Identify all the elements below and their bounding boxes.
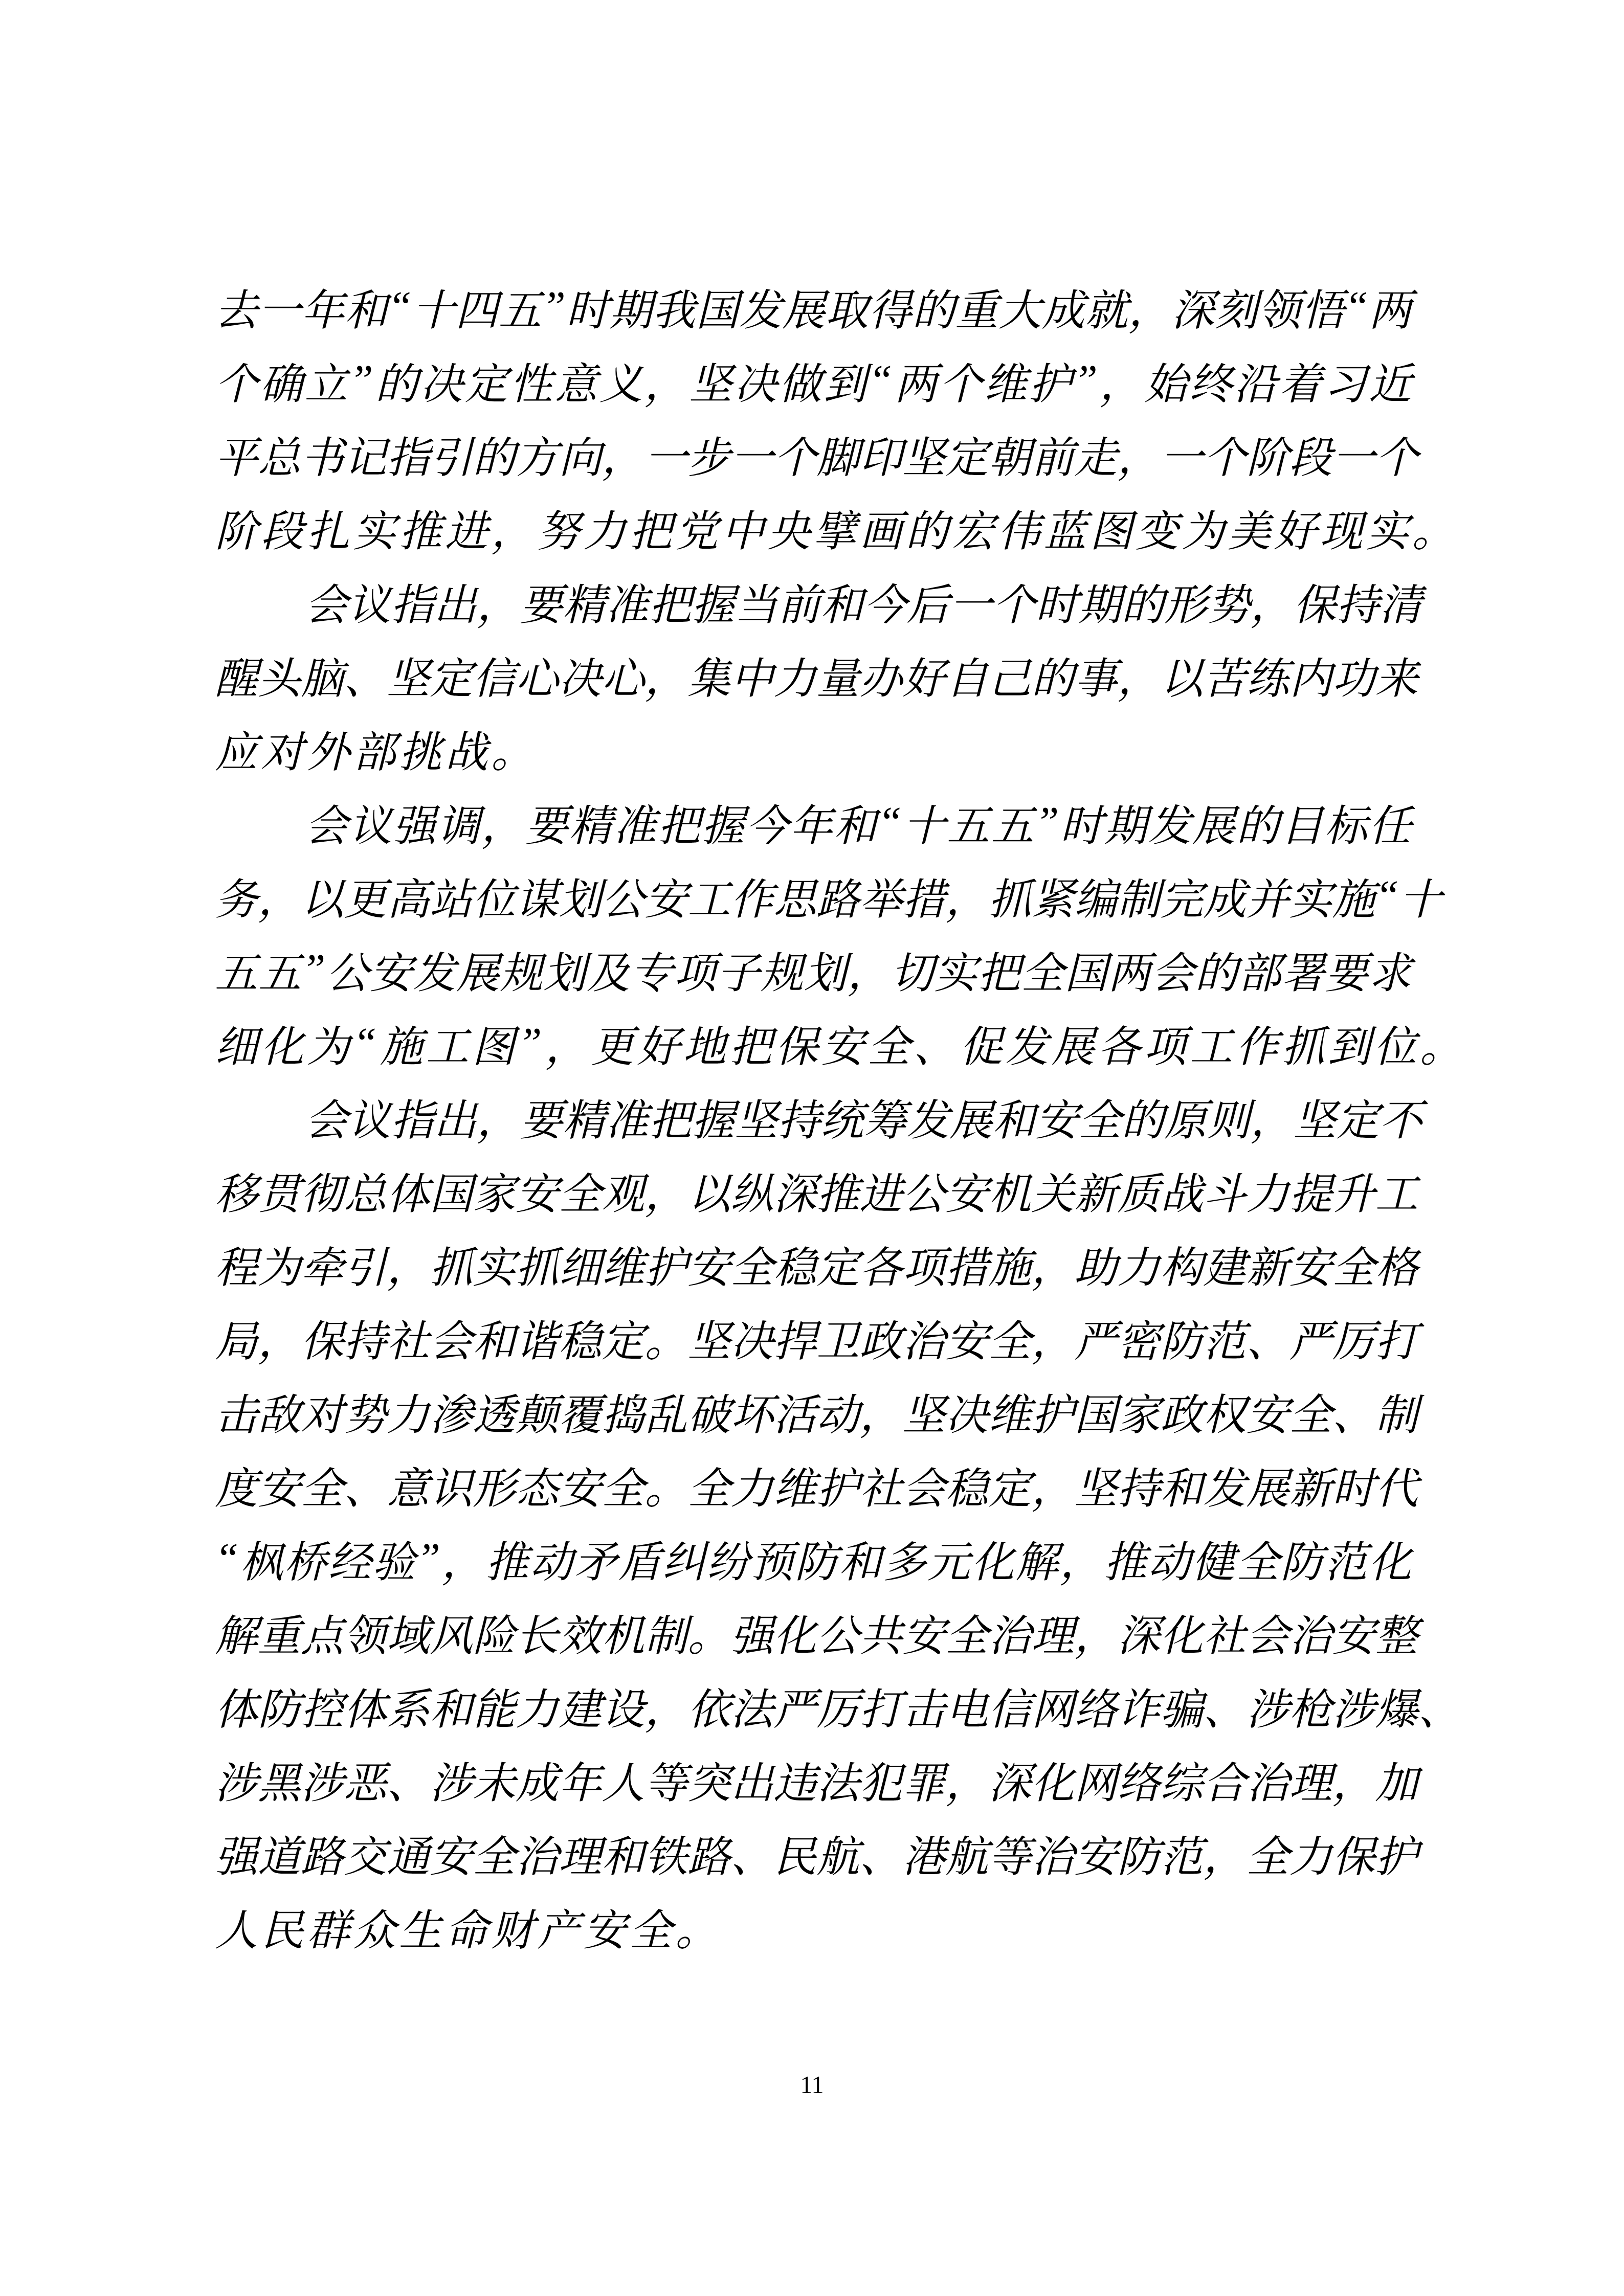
character: 和 [834, 792, 877, 853]
character: 持 [777, 1086, 820, 1148]
text-line: 会议强调，要精准把握今年和“十五五”时期发展的目标任 [215, 785, 1412, 859]
character: ， [1074, 1602, 1117, 1663]
character: 部 [353, 718, 399, 780]
character: 港 [902, 1822, 945, 1884]
character: 等 [644, 1749, 687, 1811]
character: 当 [735, 571, 777, 633]
character: 现 [1320, 497, 1366, 559]
character: 坚 [1293, 1086, 1336, 1148]
character: 并 [1246, 865, 1289, 927]
character: 的 [1195, 939, 1238, 1001]
character: 把 [729, 1012, 775, 1074]
character: “ [388, 282, 412, 332]
character: 两 [894, 350, 937, 412]
character: 一 [949, 571, 992, 633]
character: 治 [516, 1822, 559, 1884]
character: 期 [609, 276, 652, 338]
character: 个 [773, 423, 816, 485]
character: 加 [1375, 1749, 1418, 1811]
character: 全 [687, 1454, 730, 1516]
character: 击 [215, 1381, 258, 1443]
character: ， [477, 1086, 520, 1148]
character: 议 [349, 792, 392, 853]
character: 后 [906, 571, 949, 633]
character: 指 [391, 1086, 434, 1148]
character: 练 [1246, 644, 1289, 706]
character: 全 [730, 1233, 773, 1295]
character: 局 [215, 1307, 258, 1369]
character: ， [1031, 1454, 1074, 1516]
character: 外 [307, 718, 353, 780]
character: 我 [653, 276, 696, 338]
character: 程 [215, 1233, 258, 1295]
character: 成 [1042, 276, 1085, 338]
character: 出 [730, 1749, 773, 1811]
character: ， [1332, 1749, 1375, 1811]
character: 范 [1325, 1528, 1368, 1590]
character: 时 [1035, 571, 1078, 633]
character: 力 [583, 497, 629, 559]
character: 把 [977, 939, 1020, 1001]
character: 要 [520, 571, 563, 633]
character: 原 [1164, 1086, 1207, 1148]
character: 年 [301, 276, 344, 338]
character: 国 [1064, 939, 1107, 1001]
character: 稳 [945, 1454, 988, 1516]
character: 好 [1274, 497, 1320, 559]
character: 五 [258, 939, 301, 1001]
character: 全 [1332, 1233, 1375, 1295]
character: 势 [1207, 571, 1250, 633]
character: 坚 [1074, 1454, 1117, 1516]
character: 作 [730, 865, 773, 927]
character: 站 [430, 865, 473, 927]
character: 五 [947, 792, 990, 853]
character: 综 [1160, 1749, 1203, 1811]
character: 和 [1160, 1454, 1203, 1516]
character: ， [481, 792, 524, 853]
character: 就 [1085, 276, 1128, 338]
character: 施 [1332, 865, 1375, 927]
character: 格 [1375, 1233, 1418, 1295]
character: 风 [430, 1602, 473, 1663]
character: ， [1117, 644, 1160, 706]
character: 办 [859, 644, 902, 706]
character: 集 [687, 644, 730, 706]
character: 航 [816, 1822, 859, 1884]
character: 家 [473, 1160, 516, 1222]
character: 安 [1332, 1602, 1375, 1663]
character: 前 [777, 571, 820, 633]
character: 纵 [730, 1160, 773, 1222]
character: 政 [859, 1307, 902, 1369]
character: 工 [1190, 1012, 1236, 1074]
character: 全 [473, 1822, 516, 1884]
character: 精 [563, 1086, 606, 1148]
character: 清 [1379, 571, 1422, 633]
character: 坚 [687, 1307, 730, 1369]
character: 着 [1279, 350, 1322, 412]
character: 化 [971, 1528, 1014, 1590]
character: 安 [369, 939, 412, 1001]
character: 施 [380, 1012, 426, 1074]
character: 助 [1074, 1233, 1117, 1295]
character: 力 [1289, 1822, 1332, 1884]
character: 移 [215, 1160, 258, 1222]
character: 总 [344, 1160, 387, 1222]
character: 义 [599, 350, 642, 412]
character: 全 [945, 1602, 988, 1663]
character: 一 [730, 423, 773, 485]
character: 斗 [1203, 1160, 1246, 1222]
character: 决 [730, 1307, 773, 1369]
character: 抓 [430, 1233, 473, 1295]
character: 工 [687, 865, 730, 927]
character: 国 [1074, 1381, 1117, 1443]
character: 整 [1375, 1602, 1418, 1663]
character: 建 [559, 1675, 602, 1737]
character: 击 [902, 1675, 945, 1737]
character: 、 [1246, 1307, 1289, 1369]
character: 议 [348, 1086, 391, 1148]
character: 安 [1074, 1822, 1117, 1884]
character: 己 [988, 644, 1031, 706]
character: 人 [602, 1749, 644, 1811]
character: 强 [730, 1602, 773, 1663]
character: 定 [465, 350, 508, 412]
character: 扎 [307, 497, 353, 559]
character: 出 [434, 1086, 477, 1148]
character: 实 [1289, 865, 1332, 927]
character: 厉 [816, 1675, 859, 1737]
character: 法 [730, 1675, 773, 1737]
character: 规 [500, 939, 543, 1001]
character: 思 [773, 865, 816, 927]
character: 和 [345, 276, 388, 338]
character: 黑 [258, 1749, 301, 1811]
character: 公 [602, 865, 644, 927]
character: 时 [566, 276, 609, 338]
character: 厉 [1332, 1307, 1375, 1369]
character: 抓 [1282, 1012, 1328, 1074]
character: 活 [773, 1381, 816, 1443]
character: 形 [473, 1454, 516, 1516]
character: 个 [1375, 423, 1418, 485]
character: ” [542, 282, 566, 332]
character: 发 [1148, 792, 1191, 853]
character: ， [1031, 1307, 1074, 1369]
character: 制 [1375, 1381, 1418, 1443]
character: 一 [1160, 423, 1203, 485]
character: 网 [1031, 1675, 1074, 1737]
character: 位 [1374, 1012, 1420, 1074]
character: 捍 [773, 1307, 816, 1369]
character: 筹 [863, 1086, 906, 1148]
character: 一 [1332, 423, 1375, 485]
character: ， [477, 571, 520, 633]
character: 的 [1121, 571, 1164, 633]
character: 安 [902, 1602, 945, 1663]
character: 今 [863, 571, 906, 633]
character: ， [441, 1528, 484, 1590]
character: 安 [258, 1454, 301, 1516]
character: “ [878, 798, 902, 847]
character: 脚 [816, 423, 859, 485]
character: 安 [687, 1233, 730, 1295]
character: 的 [1236, 792, 1279, 853]
character: 握 [702, 792, 745, 853]
character: 安 [516, 1160, 559, 1222]
character: 年 [559, 1749, 602, 1811]
character: 高 [387, 865, 430, 927]
character: 持 [1117, 1454, 1160, 1516]
character: 牵 [301, 1233, 344, 1295]
character: 。 [1412, 497, 1458, 559]
character: 能 [473, 1675, 516, 1737]
character: 党 [675, 497, 721, 559]
character: 枪 [1289, 1675, 1332, 1737]
character: 抓 [988, 865, 1031, 927]
character: 工 [1375, 1160, 1418, 1222]
character: 依 [687, 1675, 730, 1737]
character: 握 [692, 1086, 735, 1148]
character: 一 [644, 423, 687, 485]
character: 全 [602, 1454, 644, 1516]
character: 编 [1074, 865, 1117, 927]
character: 发 [739, 276, 782, 338]
character: 把 [649, 571, 692, 633]
character: 悟 [1301, 276, 1344, 338]
character: 意 [554, 350, 597, 412]
character: 安 [1289, 1233, 1332, 1295]
character: 的 [1031, 644, 1074, 706]
character: 书 [301, 423, 344, 485]
character: 维 [602, 1233, 644, 1295]
text-line: 五五”公安发展规划及专项子规划，切实把全国两会的部署要求 [215, 933, 1412, 1006]
character: 体 [344, 1675, 387, 1737]
character: 方 [516, 423, 559, 485]
character: 好 [637, 1012, 683, 1074]
character: 未 [473, 1749, 516, 1811]
character: 建 [1203, 1233, 1246, 1295]
character: 安 [821, 1012, 867, 1074]
character: 十 [412, 276, 455, 338]
character: 变 [1136, 497, 1182, 559]
character: 内 [1289, 644, 1332, 706]
character: 强 [393, 792, 436, 853]
character: 项 [674, 939, 717, 1001]
paragraph: 去一年和“十四五”时期我国发展取得的重大成就，深刻领悟“两个确立”的决定性意义，… [215, 270, 1412, 565]
character: 期 [1078, 571, 1121, 633]
character: 彻 [301, 1160, 344, 1222]
character: 治 [902, 1307, 945, 1369]
character: 精 [563, 571, 606, 633]
character: 事 [1074, 644, 1117, 706]
character: 脑 [301, 644, 344, 706]
character: 。 [491, 718, 537, 780]
character: 务 [215, 865, 258, 927]
character: 应 [215, 718, 261, 780]
character: 命 [445, 1896, 491, 1958]
character: 记 [344, 423, 387, 485]
text-line: 细化为“施工图”，更好地把保安全、促发展各项工作抓到位。 [215, 1006, 1412, 1080]
character: 、 [344, 644, 387, 706]
character: 护 [816, 1454, 859, 1516]
paragraph: 会议指出，要精准把握坚持统筹发展和安全的原则，坚定不移贯彻总体国家安全观，以纵深… [215, 1080, 1412, 1964]
character: 家 [1117, 1381, 1160, 1443]
character: 决 [559, 644, 602, 706]
character: 的 [375, 350, 418, 412]
character: 保 [775, 1012, 821, 1074]
character: 确 [260, 350, 303, 412]
character: 印 [859, 423, 902, 485]
character: 定 [430, 644, 473, 706]
character: 新 [1074, 1160, 1117, 1222]
character: 桥 [284, 1528, 327, 1590]
character: ， [1117, 423, 1160, 485]
character: 罪 [902, 1749, 945, 1811]
character: 目 [1280, 792, 1323, 853]
character: 坚 [902, 423, 945, 485]
text-line: 平总书记指引的方向，一步一个脚印坚定朝前走，一个阶段一个 [215, 417, 1412, 491]
character: 涉 [1246, 1675, 1289, 1737]
character: 坚 [735, 1086, 777, 1148]
character: 机 [988, 1160, 1031, 1222]
character: 步 [687, 423, 730, 485]
character: 治 [988, 1602, 1031, 1663]
character: 段 [261, 497, 307, 559]
character: 公 [816, 1602, 859, 1663]
character: 纠 [662, 1528, 705, 1590]
character: 准 [606, 1086, 649, 1148]
character: 铁 [644, 1822, 687, 1884]
character: 以 [1160, 644, 1203, 706]
character: 渗 [430, 1381, 473, 1443]
character: 产 [537, 1896, 583, 1958]
character: 路 [687, 1822, 730, 1884]
text-line: 移贯彻总体国家安全观，以纵深推进公安机关新质战斗力提升工 [215, 1154, 1412, 1227]
character: 护 [644, 1233, 687, 1295]
character: 自 [945, 644, 988, 706]
character: 新 [1246, 1233, 1289, 1295]
character: 阶 [215, 497, 261, 559]
character: 个 [215, 350, 258, 412]
character: 坚 [387, 644, 430, 706]
character: 态 [516, 1454, 559, 1516]
character: 握 [692, 571, 735, 633]
character: 细 [215, 1012, 261, 1074]
character: 终 [1189, 350, 1232, 412]
character: 防 [1160, 1307, 1203, 1369]
character: 全 [867, 1012, 914, 1074]
character: 提 [1289, 1160, 1332, 1222]
character: 重 [258, 1602, 301, 1663]
character: 安 [945, 1160, 988, 1222]
character: 进 [445, 497, 491, 559]
character: 力 [516, 1675, 559, 1737]
character: 部 [1238, 939, 1281, 1001]
character: 安 [945, 1307, 988, 1369]
character: 全 [1236, 1528, 1279, 1590]
character: 不 [1379, 1086, 1422, 1148]
character: 的 [905, 497, 951, 559]
text-line: 会议指出，要精准把握当前和今后一个时期的形势，保持清 [215, 565, 1412, 638]
character: 坚 [689, 350, 732, 412]
character: 。 [644, 1454, 687, 1516]
character: 会 [902, 1454, 945, 1516]
character: 的 [1121, 1086, 1164, 1148]
character: 立 [304, 350, 347, 412]
text-line: 击敌对势力渗透颠覆捣乱破坏活动，坚决维护国家政权安全、制 [215, 1375, 1412, 1448]
character: 五 [499, 276, 542, 338]
character: 实 [1366, 497, 1412, 559]
character: ， [859, 1381, 902, 1443]
character: 会 [305, 792, 348, 853]
character: 领 [1258, 276, 1301, 338]
character: 捣 [602, 1381, 644, 1443]
character: 交 [344, 1822, 387, 1884]
character: 以 [301, 865, 344, 927]
character: 颠 [516, 1381, 559, 1443]
character: 犯 [859, 1749, 902, 1811]
character: 。 [1420, 1012, 1466, 1074]
character: 、 [1203, 1675, 1246, 1737]
character: 质 [1117, 1160, 1160, 1222]
character: 保 [1293, 571, 1336, 633]
text-line: 醒头脑、坚定信心决心，集中力量办好自己的事，以苦练内功来 [215, 638, 1412, 712]
character: 制 [644, 1602, 687, 1663]
character: 验 [372, 1528, 415, 1590]
character: 要 [520, 1086, 563, 1148]
character: ， [1250, 1086, 1293, 1148]
character: 动 [530, 1528, 573, 1590]
character: ， [258, 865, 301, 927]
character: 做 [779, 350, 822, 412]
character: 理 [1289, 1749, 1332, 1811]
character: 动 [1148, 1528, 1191, 1590]
character: 苦 [1203, 644, 1246, 706]
character: 法 [816, 1749, 859, 1811]
character: 和 [473, 1307, 516, 1369]
character: 更 [591, 1012, 637, 1074]
character: 民 [773, 1822, 816, 1884]
character: 施 [988, 1233, 1031, 1295]
character: 今 [746, 792, 789, 853]
character: 范 [1160, 1822, 1203, 1884]
character: 朝 [988, 423, 1031, 485]
character: 定 [988, 1454, 1031, 1516]
character: 调 [437, 792, 480, 853]
character: 个 [939, 350, 982, 412]
text-line: 涉黑涉恶、涉未成年人等突出违法犯罪，深化网络综合治理，加 [215, 1743, 1412, 1816]
character: 护 [1375, 1822, 1418, 1884]
character: 时 [1332, 1454, 1375, 1516]
text-line: 人民群众生命财产安全。 [215, 1890, 1412, 1964]
character: 系 [387, 1675, 430, 1737]
character: 个 [1203, 423, 1246, 485]
character: 准 [606, 571, 649, 633]
character: 力 [730, 1454, 773, 1516]
character: 理 [1031, 1602, 1074, 1663]
text-line: 解重点领域风险长效机制。强化公共安全治理，深化社会治安整 [215, 1595, 1412, 1669]
character: 全 [559, 1160, 602, 1222]
character: ， [644, 350, 687, 412]
character: 网 [1074, 1749, 1117, 1811]
character: 领 [344, 1602, 387, 1663]
character: 工 [426, 1012, 472, 1074]
character: 社 [859, 1454, 902, 1516]
character: 生 [399, 1896, 445, 1958]
